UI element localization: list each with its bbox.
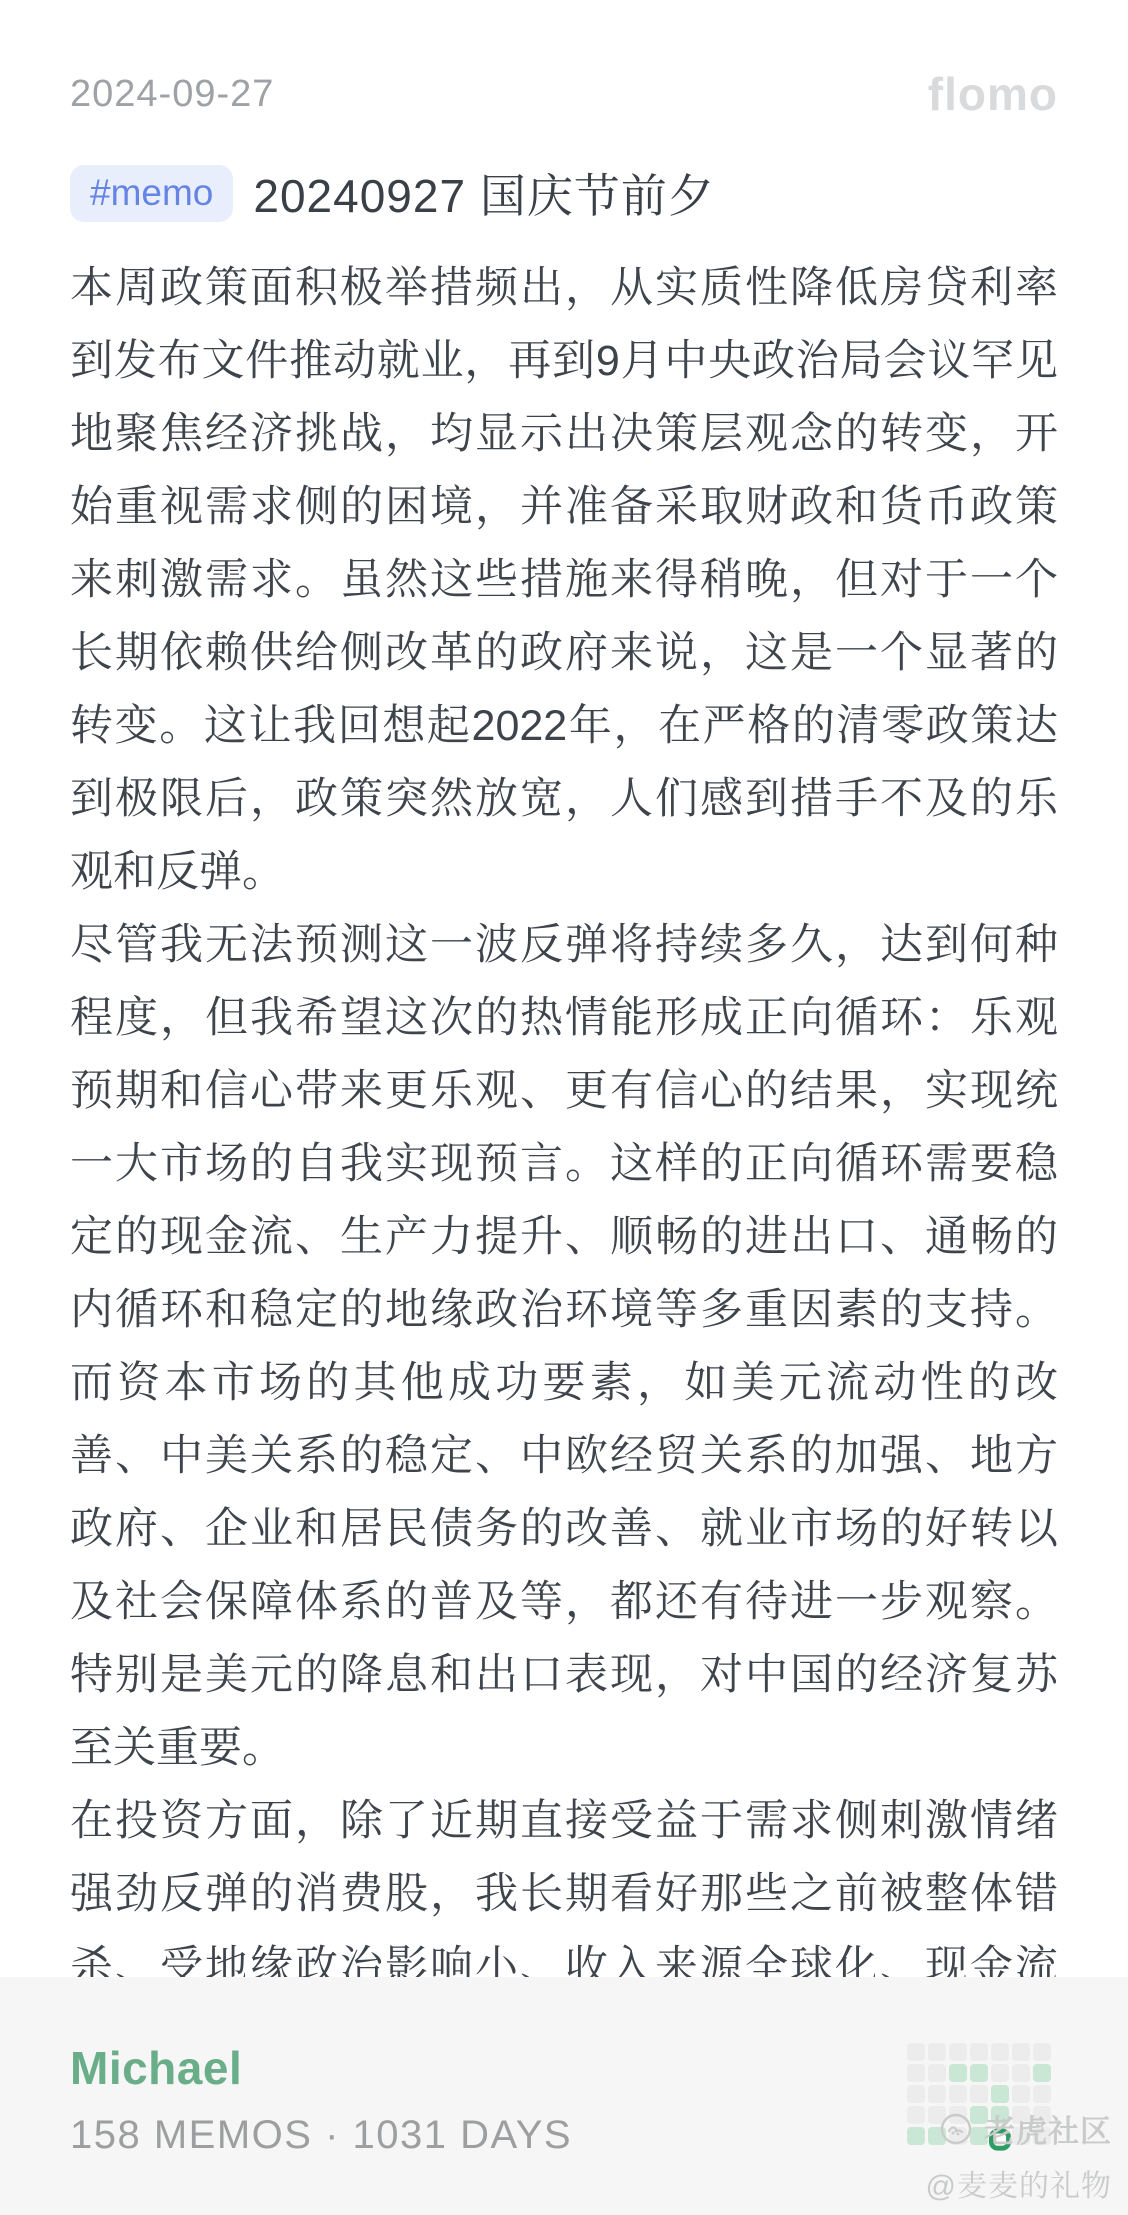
flomo-share-card: 2024-09-27 flomo #memo 20240927 国庆节前夕 本周… <box>0 0 1128 2215</box>
heatmap-cell <box>928 2085 946 2103</box>
heatmap-cell <box>991 2043 1009 2061</box>
heatmap-cell <box>970 2064 988 2082</box>
heatmap-cell <box>970 2043 988 2061</box>
memo-paragraph: 尽管我无法预测这一波反弹将持续多久，达到何种程度，但我希望这次的热情能形成正向循… <box>70 909 1058 1785</box>
memo-title: 20240927 国庆节前夕 <box>253 160 714 226</box>
heatmap-cell <box>907 2106 925 2124</box>
memo-body: 本周政策面积极举措频出，从实质性降低房贷利率到发布文件推动就业，再到9月中央政治… <box>70 252 1058 2150</box>
watermark-handle: @麦麦的礼物 <box>926 2161 1112 2205</box>
heatmap-cell <box>907 2064 925 2082</box>
heatmap-cell <box>1012 2043 1030 2061</box>
heatmap-cell <box>991 2085 1009 2103</box>
heatmap-cell <box>928 2043 946 2061</box>
heatmap-cell <box>1012 2085 1030 2103</box>
heatmap-cell <box>949 2064 967 2082</box>
heatmap-cell <box>949 2043 967 2061</box>
heatmap-cell <box>928 2064 946 2082</box>
heatmap-cell <box>1012 2064 1030 2082</box>
heatmap-cell <box>1033 2043 1051 2061</box>
heatmap-cell <box>991 2064 1009 2082</box>
heatmap-cell <box>907 2085 925 2103</box>
memo-title-row: #memo 20240927 国庆节前夕 <box>70 160 1058 226</box>
flomo-logo: flomo <box>928 74 1058 114</box>
heatmap-cell <box>949 2085 967 2103</box>
tiger-logo-icon <box>940 2113 972 2145</box>
card-header: 2024-09-27 flomo <box>70 0 1058 114</box>
community-watermark: 老虎社区 @麦麦的礼物 <box>926 2106 1112 2205</box>
heatmap-cell <box>970 2085 988 2103</box>
memo-tag[interactable]: #memo <box>70 165 233 222</box>
memo-content: 2024-09-27 flomo #memo 20240927 国庆节前夕 本周… <box>0 0 1128 2150</box>
heatmap-cell <box>1033 2064 1051 2082</box>
heatmap-cell <box>1033 2085 1051 2103</box>
watermark-row: 老虎社区 <box>926 2106 1112 2151</box>
heatmap-cell <box>907 2043 925 2061</box>
memo-date: 2024-09-27 <box>70 74 274 114</box>
memo-paragraph: 本周政策面积极举措频出，从实质性降低房贷利率到发布文件推动就业，再到9月中央政治… <box>70 252 1058 909</box>
card-footer: Michael 158 MEMOS · 1031 DAYS 老虎社区 @麦麦的礼… <box>0 1977 1128 2215</box>
heatmap-cell <box>907 2127 925 2145</box>
watermark-community-label: 老虎社区 <box>984 2106 1112 2151</box>
